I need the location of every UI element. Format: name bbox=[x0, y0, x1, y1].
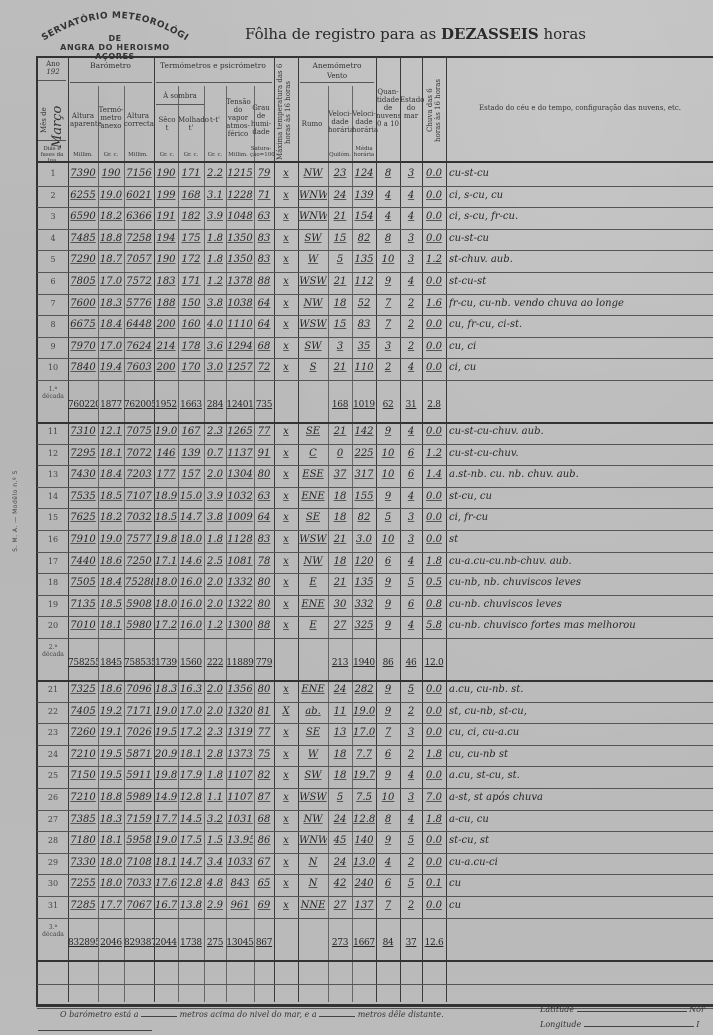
cell-diff: 1.8 bbox=[205, 533, 225, 547]
cell-max: x bbox=[275, 769, 297, 783]
cell-seco: 188 bbox=[155, 297, 177, 311]
cell-seco: 19.0 bbox=[155, 705, 177, 719]
cell-rumo: ENE bbox=[299, 598, 327, 612]
cell-mar: 5 bbox=[401, 683, 421, 697]
cell-nuv: 9 bbox=[377, 619, 399, 633]
cell-v1: 11 bbox=[329, 705, 351, 719]
cell-term: 19.5 bbox=[99, 769, 123, 783]
decade-label: 1.ª década bbox=[38, 386, 68, 400]
cell-v1: 24 bbox=[329, 813, 351, 827]
cell-diff: 1.1 bbox=[205, 791, 225, 805]
row-rule bbox=[37, 552, 713, 553]
cell-tens: 1332 bbox=[227, 576, 253, 590]
cell-nuv: 6 bbox=[377, 877, 399, 891]
cell-corr: 7067 bbox=[125, 899, 153, 913]
vento-header: Vento bbox=[298, 72, 376, 80]
cell-rumo: NW bbox=[299, 813, 327, 827]
cell-diff: 3.9 bbox=[205, 490, 225, 504]
cell-mar: 5 bbox=[401, 877, 421, 891]
cell-tens: 1228 bbox=[227, 189, 253, 203]
cell-obs: ci, s-cu, fr-cu. bbox=[449, 210, 712, 224]
cell-alt: 7485 bbox=[69, 232, 97, 246]
decade-total-hum: 867 bbox=[254, 936, 274, 950]
row-rule bbox=[37, 444, 713, 445]
cell-hum: 80 bbox=[255, 598, 273, 612]
cell-chuva: 0.0 bbox=[423, 425, 445, 439]
cell-v2: 82 bbox=[353, 232, 375, 246]
cell-hum: 88 bbox=[255, 619, 273, 633]
cell-chuva: 0.0 bbox=[423, 490, 445, 504]
decade-total-v2: 1667 bbox=[352, 936, 376, 950]
cell-v2: 155 bbox=[353, 490, 375, 504]
cell-seco: 17.1 bbox=[155, 555, 177, 569]
cell-tens: 1320 bbox=[227, 705, 253, 719]
cell-mol: 17.0 bbox=[179, 705, 203, 719]
decade-total-mar: 46 bbox=[400, 656, 422, 670]
column-divider bbox=[446, 56, 447, 1002]
cell-term: 12.1 bbox=[99, 425, 123, 439]
cell-v2: 139 bbox=[353, 189, 375, 203]
cell-obs: ci, fr-cu bbox=[449, 511, 712, 525]
cell-corr: 7032 bbox=[125, 511, 153, 525]
cell-day: 11 bbox=[39, 425, 67, 439]
cell-max: X bbox=[275, 705, 297, 719]
termometros-rule bbox=[156, 82, 272, 83]
unit-humidade: Satura-ção=100 bbox=[250, 146, 272, 158]
cell-rumo: WSW bbox=[299, 275, 327, 289]
cell-alt: 7840 bbox=[69, 361, 97, 375]
cell-obs: cu-st-cu-chuv. aub. bbox=[449, 425, 712, 439]
cell-nuv: 4 bbox=[377, 210, 399, 224]
unit-millim: Millim. bbox=[70, 152, 96, 158]
cell-chuva: 1.4 bbox=[423, 468, 445, 482]
cell-tens: 1294 bbox=[227, 340, 253, 354]
decade-total-tens: 12401 bbox=[226, 398, 254, 412]
cell-term: 190 bbox=[99, 167, 123, 181]
cell-day: 15 bbox=[39, 511, 67, 525]
cell-rumo: NW bbox=[299, 555, 327, 569]
cell-max: x bbox=[275, 297, 297, 311]
cell-alt: 7290 bbox=[69, 253, 97, 267]
header-bottom-rule bbox=[37, 161, 713, 163]
cell-v2: 137 bbox=[353, 899, 375, 913]
cell-day: 30 bbox=[39, 877, 67, 891]
cell-v1: 15 bbox=[329, 232, 351, 246]
cell-max: x bbox=[275, 576, 297, 590]
cell-mol: 15.0 bbox=[179, 490, 203, 504]
cell-chuva: 1.2 bbox=[423, 253, 445, 267]
cell-v1: 18 bbox=[329, 555, 351, 569]
cell-corr: 7108 bbox=[125, 856, 153, 870]
cell-mol: 150 bbox=[179, 297, 203, 311]
cell-seco: 14.9 bbox=[155, 791, 177, 805]
cell-nuv: 8 bbox=[377, 813, 399, 827]
decade-total-term: 1877 bbox=[98, 398, 124, 412]
cell-seco: 194 bbox=[155, 232, 177, 246]
cell-mol: 12.8 bbox=[179, 877, 203, 891]
row-rule bbox=[37, 616, 713, 617]
cell-day: 4 bbox=[39, 232, 67, 246]
cell-chuva: 0.0 bbox=[423, 232, 445, 246]
cell-mar: 4 bbox=[401, 210, 421, 224]
cell-diff: 2.3 bbox=[205, 425, 225, 439]
signature-line bbox=[38, 1030, 152, 1031]
cell-mar: 2 bbox=[401, 748, 421, 762]
cell-v1: 37 bbox=[329, 468, 351, 482]
cell-diff: 2.9 bbox=[205, 899, 225, 913]
cell-tens: 1265 bbox=[227, 425, 253, 439]
cell-max: x bbox=[275, 555, 297, 569]
cell-max: x bbox=[275, 748, 297, 762]
cell-day: 23 bbox=[39, 726, 67, 740]
cell-mar: 6 bbox=[401, 447, 421, 461]
cell-hum: 88 bbox=[255, 275, 273, 289]
cell-v1: 23 bbox=[329, 167, 351, 181]
cell-seco: 17.2 bbox=[155, 619, 177, 633]
cell-tens: 1110 bbox=[227, 318, 253, 332]
cell-max: x bbox=[275, 447, 297, 461]
cell-chuva: 0.0 bbox=[423, 167, 445, 181]
decade-total-seco: 1952 bbox=[154, 398, 178, 412]
cell-obs: st bbox=[449, 533, 712, 547]
cell-nuv: 9 bbox=[377, 425, 399, 439]
cell-tens: 1350 bbox=[227, 232, 253, 246]
cell-v2: 140 bbox=[353, 834, 375, 848]
decade-total-nuv: 84 bbox=[376, 936, 400, 950]
cell-nuv: 9 bbox=[377, 769, 399, 783]
cell-chuva: 5.8 bbox=[423, 619, 445, 633]
cell-nuv: 7 bbox=[377, 297, 399, 311]
cell-rumo: NW bbox=[299, 297, 327, 311]
cell-hum: 87 bbox=[255, 791, 273, 805]
decade-total-v1: 168 bbox=[328, 398, 352, 412]
cell-v1: 45 bbox=[329, 834, 351, 848]
cell-seco: 200 bbox=[155, 361, 177, 375]
row-rule bbox=[37, 918, 713, 919]
cell-v1: 21 bbox=[329, 361, 351, 375]
cell-nuv: 9 bbox=[377, 705, 399, 719]
cell-mol: 16.0 bbox=[179, 576, 203, 590]
cell-mar: 2 bbox=[401, 297, 421, 311]
cell-obs: a.cu, st-cu, st. bbox=[449, 769, 712, 783]
decade-total-hum: 735 bbox=[254, 398, 274, 412]
cell-corr: 5911 bbox=[125, 769, 153, 783]
cell-term: 18.5 bbox=[99, 598, 123, 612]
cell-day: 20 bbox=[39, 619, 67, 633]
cell-mol: 171 bbox=[179, 275, 203, 289]
cell-v2: 317 bbox=[353, 468, 375, 482]
rumo-header: Rumo bbox=[298, 120, 326, 128]
cell-corr: 7057 bbox=[125, 253, 153, 267]
cell-nuv: 8 bbox=[377, 232, 399, 246]
cell-chuva: 0.0 bbox=[423, 210, 445, 224]
chuva-header: Chuva das 6 horas às 16 horas bbox=[426, 78, 442, 142]
cell-mol: 14.7 bbox=[179, 511, 203, 525]
mar-header: Estado do mar bbox=[400, 96, 422, 120]
cell-mol: 171 bbox=[179, 167, 203, 181]
cell-corr: 7033 bbox=[125, 877, 153, 891]
cell-day: 12 bbox=[39, 447, 67, 461]
cell-obs: cu-a.cu-cu.nb-chuv. aub. bbox=[449, 555, 712, 569]
cell-hum: 68 bbox=[255, 813, 273, 827]
nuvens-header: Quan-tidade de nuvens 0 a 10 bbox=[376, 88, 400, 128]
form-model-note: S. M. A. — Modêlo n.º 5 bbox=[12, 470, 19, 552]
estado-ceu-header: Estado do céu e do tempo, configuração d… bbox=[450, 104, 710, 112]
unit-millim2: Millim. bbox=[124, 152, 152, 158]
cell-v2: 7.5 bbox=[353, 791, 375, 805]
cell-seco: 19.8 bbox=[155, 769, 177, 783]
decade-total-chuva: 2.8 bbox=[422, 398, 446, 412]
cell-v1: 24 bbox=[329, 683, 351, 697]
cell-mar: 4 bbox=[401, 490, 421, 504]
cell-alt: 7430 bbox=[69, 468, 97, 482]
cell-term: 18.2 bbox=[99, 210, 123, 224]
decade-total-v2: 1019 bbox=[352, 398, 376, 412]
unit-seco: Gr. c. bbox=[156, 152, 178, 158]
cell-obs: cu, ci bbox=[449, 340, 712, 354]
cell-nuv: 4 bbox=[377, 856, 399, 870]
cell-day: 26 bbox=[39, 791, 67, 805]
cell-v1: 3 bbox=[329, 340, 351, 354]
cell-chuva: 7.0 bbox=[423, 791, 445, 805]
cell-rumo: E bbox=[299, 576, 327, 590]
cell-alt: 6675 bbox=[69, 318, 97, 332]
cell-obs: st-cu, st bbox=[449, 834, 712, 848]
cell-v2: 19.0 bbox=[353, 705, 375, 719]
cell-mar: 4 bbox=[401, 425, 421, 439]
cell-v2: 7.7 bbox=[353, 748, 375, 762]
cell-day: 16 bbox=[39, 533, 67, 547]
anemometro-rule bbox=[300, 82, 374, 83]
cell-alt: 7295 bbox=[69, 447, 97, 461]
unit-vel2: Média horária bbox=[352, 146, 376, 158]
cell-v1: 27 bbox=[329, 619, 351, 633]
row-rule bbox=[37, 788, 713, 789]
termometro-anexo-header: Termó-metro anexo bbox=[98, 106, 124, 130]
cell-term: 19.4 bbox=[99, 361, 123, 375]
cell-max: x bbox=[275, 877, 297, 891]
cell-mar: 4 bbox=[401, 275, 421, 289]
cell-v1: 5 bbox=[329, 791, 351, 805]
cell-corr: 6021 bbox=[125, 189, 153, 203]
cell-seco: 19.8 bbox=[155, 533, 177, 547]
decade-label: 2.ª década bbox=[38, 644, 68, 658]
cell-diff: 4.0 bbox=[205, 318, 225, 332]
cell-day: 21 bbox=[39, 683, 67, 697]
cell-tens: 1356 bbox=[227, 683, 253, 697]
cell-term: 18.5 bbox=[99, 490, 123, 504]
cell-obs: cu, fr-cu, ci-st. bbox=[449, 318, 712, 332]
cell-max: x bbox=[275, 490, 297, 504]
cell-seco: 19.0 bbox=[155, 834, 177, 848]
cell-hum: 80 bbox=[255, 576, 273, 590]
longitude-field: Longitude I bbox=[540, 1018, 699, 1029]
cell-rumo: NNE bbox=[299, 899, 327, 913]
decade-total-v1: 273 bbox=[328, 936, 352, 950]
cell-rumo: ENE bbox=[299, 683, 327, 697]
cell-chuva: 1.8 bbox=[423, 813, 445, 827]
cell-tens: 1032 bbox=[227, 490, 253, 504]
cell-term: 18.0 bbox=[99, 856, 123, 870]
decade-total-mol: 1738 bbox=[178, 936, 204, 950]
cell-tens: 1033 bbox=[227, 856, 253, 870]
cell-day: 1 bbox=[39, 167, 67, 181]
cell-obs: a-cu, cu bbox=[449, 813, 712, 827]
cell-v1: 15 bbox=[329, 318, 351, 332]
cell-seco: 200 bbox=[155, 318, 177, 332]
cell-diff: 3.8 bbox=[205, 511, 225, 525]
row-rule bbox=[37, 573, 713, 574]
cell-alt: 7440 bbox=[69, 555, 97, 569]
cell-alt: 7285 bbox=[69, 899, 97, 913]
cell-term: 18.6 bbox=[99, 683, 123, 697]
decade-total-seco: 1739 bbox=[154, 656, 178, 670]
cell-mol: 14.6 bbox=[179, 555, 203, 569]
cell-rumo: C bbox=[299, 447, 327, 461]
cell-tens: 13.95 bbox=[227, 834, 253, 848]
cell-corr: 5871 bbox=[125, 748, 153, 762]
row-rule bbox=[37, 874, 713, 875]
cell-v1: 18 bbox=[329, 297, 351, 311]
unit-graus: Gr. c. bbox=[98, 152, 124, 158]
cell-rumo: W bbox=[299, 253, 327, 267]
cell-chuva: 0.0 bbox=[423, 275, 445, 289]
cell-max: x bbox=[275, 533, 297, 547]
cell-corr: 5989 bbox=[125, 791, 153, 805]
cell-max: x bbox=[275, 189, 297, 203]
title-hour: DEZASSEIS bbox=[441, 25, 539, 43]
cell-v2: 332 bbox=[353, 598, 375, 612]
cell-max: x bbox=[275, 425, 297, 439]
cell-v2: 12.8 bbox=[353, 813, 375, 827]
tensao-header: Tensão do vapor atmos-férico bbox=[226, 98, 250, 138]
cell-diff: 2.0 bbox=[205, 683, 225, 697]
decade-total-alt: 832895 bbox=[68, 936, 98, 950]
cell-chuva: 0.5 bbox=[423, 576, 445, 590]
cell-alt: 6590 bbox=[69, 210, 97, 224]
cell-mol: 16.0 bbox=[179, 619, 203, 633]
row-rule bbox=[37, 766, 713, 767]
cell-corr: 7203 bbox=[125, 468, 153, 482]
cell-v2: 52 bbox=[353, 297, 375, 311]
cell-alt: 7260 bbox=[69, 726, 97, 740]
cell-mol: 167 bbox=[179, 425, 203, 439]
cell-nuv: 9 bbox=[377, 683, 399, 697]
cell-corr: 7072 bbox=[125, 447, 153, 461]
cell-seco: 177 bbox=[155, 468, 177, 482]
cell-nuv: 9 bbox=[377, 834, 399, 848]
cell-hum: 77 bbox=[255, 726, 273, 740]
cell-term: 18.0 bbox=[99, 877, 123, 891]
cell-v1: 13 bbox=[329, 726, 351, 740]
decade-total-diff: 275 bbox=[204, 936, 226, 950]
cell-rumo: E bbox=[299, 619, 327, 633]
cell-day: 24 bbox=[39, 748, 67, 762]
cell-v1: 0 bbox=[329, 447, 351, 461]
cell-alt: 7390 bbox=[69, 167, 97, 181]
cell-max: x bbox=[275, 361, 297, 375]
cell-alt: 7325 bbox=[69, 683, 97, 697]
cell-seco: 18.0 bbox=[155, 598, 177, 612]
vel1-header: Veloci-dade horária bbox=[328, 110, 352, 134]
row-rule bbox=[37, 831, 713, 832]
barometro-header: Barómetro bbox=[68, 62, 153, 70]
cell-chuva: 0.0 bbox=[423, 899, 445, 913]
cell-mol: 17.9 bbox=[179, 769, 203, 783]
cell-alt: 7255 bbox=[69, 877, 97, 891]
cell-max: x bbox=[275, 619, 297, 633]
cell-tens: 1128 bbox=[227, 533, 253, 547]
cell-seco: 17.7 bbox=[155, 813, 177, 827]
cell-mar: 6 bbox=[401, 598, 421, 612]
cell-corr: 7156 bbox=[125, 167, 153, 181]
cell-nuv: 10 bbox=[377, 447, 399, 461]
cell-rumo: WSW bbox=[299, 533, 327, 547]
cell-max: x bbox=[275, 275, 297, 289]
cell-obs: cu bbox=[449, 877, 712, 891]
cell-chuva: 0.8 bbox=[423, 598, 445, 612]
cell-obs: cu, ci, cu-a.cu bbox=[449, 726, 712, 740]
cell-chuva: 0.0 bbox=[423, 533, 445, 547]
cell-obs: cu-a.cu-ci bbox=[449, 856, 712, 870]
cell-hum: 72 bbox=[255, 361, 273, 375]
row-rule bbox=[37, 358, 713, 359]
cell-chuva: 1.8 bbox=[423, 748, 445, 762]
cell-tens: 1350 bbox=[227, 253, 253, 267]
row-rule bbox=[37, 853, 713, 854]
cell-max: x bbox=[275, 683, 297, 697]
cell-mar: 3 bbox=[401, 511, 421, 525]
cell-alt: 7385 bbox=[69, 813, 97, 827]
cell-nuv: 9 bbox=[377, 275, 399, 289]
cell-mar: 3 bbox=[401, 791, 421, 805]
cell-day: 14 bbox=[39, 490, 67, 504]
cell-mar: 5 bbox=[401, 576, 421, 590]
row-rule bbox=[37, 294, 713, 295]
cell-day: 28 bbox=[39, 834, 67, 848]
barometro-rule bbox=[70, 82, 152, 83]
cell-rumo: S bbox=[299, 361, 327, 375]
cell-term: 18.1 bbox=[99, 619, 123, 633]
cell-v1: 27 bbox=[329, 899, 351, 913]
cell-alt: 7970 bbox=[69, 340, 97, 354]
cell-mar: 4 bbox=[401, 189, 421, 203]
cell-v1: 42 bbox=[329, 877, 351, 891]
cell-term: 18.6 bbox=[99, 555, 123, 569]
cell-term: 19.0 bbox=[99, 533, 123, 547]
unit-vel1: Quilóm. bbox=[328, 152, 352, 158]
cell-nuv: 6 bbox=[377, 748, 399, 762]
decade-total-diff: 222 bbox=[204, 656, 226, 670]
cell-diff: 1.2 bbox=[205, 275, 225, 289]
row-rule bbox=[37, 595, 713, 596]
cell-day: 31 bbox=[39, 899, 67, 913]
row-rule bbox=[37, 186, 713, 187]
cell-nuv: 7 bbox=[377, 726, 399, 740]
cell-seco: 183 bbox=[155, 275, 177, 289]
cell-day: 13 bbox=[39, 468, 67, 482]
row-rule bbox=[37, 487, 713, 488]
cell-mol: 18.1 bbox=[179, 748, 203, 762]
cell-chuva: 0.0 bbox=[423, 318, 445, 332]
cell-rumo: WSW bbox=[299, 791, 327, 805]
cell-obs: a.cu, cu-nb. st. bbox=[449, 683, 712, 697]
cell-corr: 7250 bbox=[125, 555, 153, 569]
cell-diff: 2.0 bbox=[205, 705, 225, 719]
row-rule bbox=[37, 984, 713, 985]
cell-v2: 13.0 bbox=[353, 856, 375, 870]
cell-diff: 3.0 bbox=[205, 361, 225, 375]
